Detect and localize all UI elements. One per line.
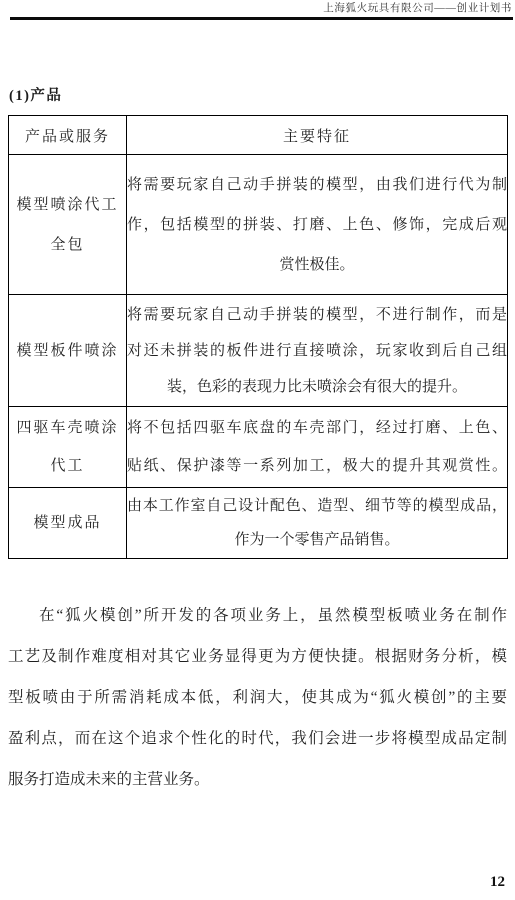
table-row: 四驱车壳喷涂 代工 将不包括四驱车底盘的车壳部门，经过打磨、上色、 贴纸、保护漆… — [9, 407, 508, 488]
table-row: 模型成品 由本工作室自己设计配色、造型、细节等的模型成品， 作为一个零售产品销售… — [9, 488, 508, 559]
column-header-product: 产品或服务 — [9, 116, 127, 155]
section-heading: (1)产品 — [9, 84, 515, 105]
text-line: 盈利点，而在这个追求个性化的时代，我们会进一步将模型成品定制 — [8, 718, 507, 759]
table-row: 模型板件喷涂 将需要玩家自己动手拼装的模型，不进行制作，而是 对还未拼装的板件进… — [9, 295, 508, 407]
product-name-cell: 模型成品 — [9, 488, 127, 559]
text-line: 工艺及制作难度相对其它业务显得更为方便快捷。根据财务分析，模 — [8, 636, 507, 677]
body-paragraph: 在“狐火模创”所开发的各项业务上，虽然模型板喷业务在制作 工艺及制作难度相对其它… — [8, 595, 507, 800]
text-line: 全包 — [9, 225, 126, 265]
text-line: 作为一个零售产品销售。 — [127, 523, 507, 557]
document-page: 上海狐火玩具有限公司——创业计划书 (1)产品 产品或服务 主要特征 模型喷涂代… — [0, 0, 515, 900]
text-line: 在“狐火模创”所开发的各项业务上，虽然模型板喷业务在制作 — [8, 595, 507, 636]
text-line: 将需要玩家自己动手拼装的模型，不进行制作，而是 — [127, 297, 507, 333]
page-number: 12 — [490, 874, 505, 891]
text-line: 服务打造成未来的主营业务。 — [8, 759, 507, 800]
product-table: 产品或服务 主要特征 模型喷涂代工 全包 将需要玩家自己动手拼装的模型，由我们进… — [8, 115, 508, 559]
column-header-feature: 主要特征 — [127, 116, 508, 155]
text-line: 四驱车壳喷涂 — [9, 409, 126, 447]
text-line: 对还未拼装的板件进行直接喷涂，玩家收到后自己组 — [127, 333, 507, 369]
text-line: 代工 — [9, 447, 126, 485]
header-title: 上海狐火玩具有限公司——创业计划书 — [323, 3, 512, 14]
feature-cell: 将需要玩家自己动手拼装的模型，不进行制作，而是 对还未拼装的板件进行直接喷涂，玩… — [127, 295, 508, 407]
text-line: 赏性极佳。 — [127, 245, 507, 285]
product-name-cell: 模型板件喷涂 — [9, 295, 127, 407]
text-line: 作，包括模型的拼装、打磨、上色、修饰，完成后观 — [127, 205, 507, 245]
text-line: 将需要玩家自己动手拼装的模型，由我们进行代为制 — [127, 165, 507, 205]
table-row: 模型喷涂代工 全包 将需要玩家自己动手拼装的模型，由我们进行代为制 作，包括模型… — [9, 155, 508, 295]
text-line: 模型板件喷涂 — [9, 333, 126, 369]
feature-cell: 将不包括四驱车底盘的车壳部门，经过打磨、上色、 贴纸、保护漆等一系列加工，极大的… — [127, 407, 508, 488]
product-name-cell: 四驱车壳喷涂 代工 — [9, 407, 127, 488]
text-line: 模型喷涂代工 — [9, 185, 126, 225]
text-line: 型板喷由于所需消耗成本低，利润大，使其成为“狐火模创”的主要 — [8, 677, 507, 718]
text-line: 由本工作室自己设计配色、造型、细节等的模型成品， — [127, 489, 507, 523]
text-line: 将不包括四驱车底盘的车壳部门，经过打磨、上色、 — [127, 409, 507, 447]
text-line: 贴纸、保护漆等一系列加工，极大的提升其观赏性。 — [127, 447, 507, 485]
feature-cell: 将需要玩家自己动手拼装的模型，由我们进行代为制 作，包括模型的拼装、打磨、上色、… — [127, 155, 508, 295]
table-header-row: 产品或服务 主要特征 — [9, 116, 508, 155]
feature-cell: 由本工作室自己设计配色、造型、细节等的模型成品， 作为一个零售产品销售。 — [127, 488, 508, 559]
product-name-cell: 模型喷涂代工 全包 — [9, 155, 127, 295]
document-header: 上海狐火玩具有限公司——创业计划书 — [0, 0, 515, 15]
header-rule — [10, 17, 513, 20]
text-line: 模型成品 — [9, 506, 126, 540]
text-line: 装，色彩的表现力比未喷涂会有很大的提升。 — [127, 369, 507, 405]
